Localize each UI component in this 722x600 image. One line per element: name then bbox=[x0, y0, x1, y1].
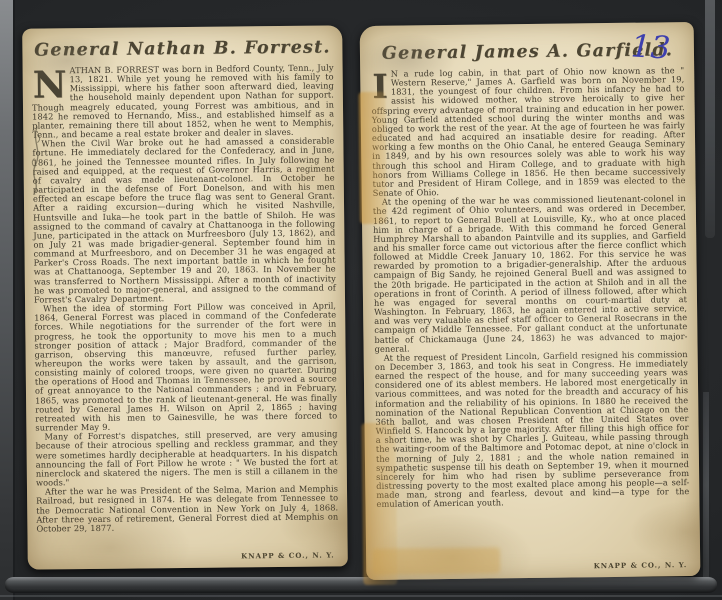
card-title: General Nathan B. Forrest. bbox=[31, 37, 333, 60]
photo-of-cards: General Nathan B. Forrest. NATHAN B. FOR… bbox=[0, 0, 722, 600]
holder-bottom-ridge bbox=[5, 577, 717, 593]
holder-left-edge bbox=[0, 0, 15, 600]
paragraph: After the war he was President of the Se… bbox=[36, 485, 338, 534]
paragraph: When the idea of storming Fort Pillow wa… bbox=[34, 301, 337, 432]
paragraph: At the request of President Lincoln, Gar… bbox=[375, 350, 690, 509]
card-forrest: General Nathan B. Forrest. NATHAN B. FOR… bbox=[22, 25, 348, 569]
publisher-imprint: KNAPP & CO., N. Y. bbox=[241, 550, 335, 560]
handwritten-number: 13 bbox=[630, 31, 671, 63]
paragraph: IN a rude log cabin, in that part of Ohi… bbox=[371, 66, 686, 198]
holder-bottom-line bbox=[0, 595, 722, 597]
drop-cap-initial: I bbox=[372, 72, 388, 101]
holder-right-edge bbox=[705, 0, 715, 238]
drop-cap-initial: N bbox=[33, 68, 67, 100]
tape-stain bbox=[372, 547, 500, 575]
publisher-imprint: KNAPP & CO., N. Y. bbox=[594, 560, 688, 570]
paragraph: When the Civil War broke out he had amas… bbox=[32, 137, 336, 305]
paragraph: At the opening of the war he was commiss… bbox=[373, 194, 688, 353]
paragraph: NATHAN B. FORREST was born in Bedford Co… bbox=[32, 63, 335, 139]
holder-right-edge-lower bbox=[703, 392, 709, 578]
card-garfield: 13 General James A. Garfield. IN a rude … bbox=[360, 22, 701, 580]
paragraph-text: ATHAN B. FORREST was born in Bedford Cou… bbox=[32, 62, 334, 139]
paragraph-text: N a rude log cabin, in that part of Ohio… bbox=[372, 65, 686, 198]
paragraph: Many of Forrest's dispatches, still pres… bbox=[35, 430, 338, 488]
